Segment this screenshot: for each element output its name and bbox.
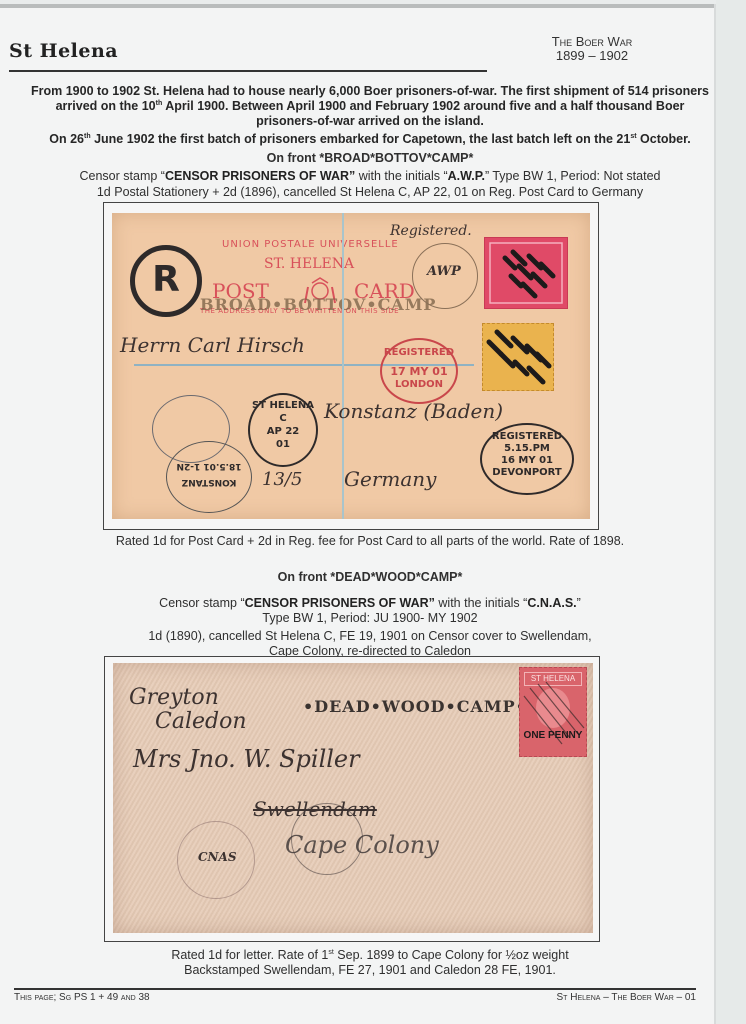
redirect-greyton: Greyton: [129, 685, 219, 710]
stamp-one-penny-red: ST HELENA ONE PENNY: [519, 667, 587, 757]
broad-bottom-camp-cachet: BROAD•BOTTOV•CAMP: [200, 295, 436, 314]
card-upu-text: UNION POSTALE UNIVERSELLE: [222, 239, 399, 250]
page-top-edge: [0, 4, 714, 8]
stamp-2d-orange: [482, 323, 554, 391]
registered-r-handstamp: R: [130, 245, 202, 317]
item2-censor-line: Censor stamp “CENSOR PRISONERS OF WAR” w…: [40, 596, 700, 611]
dead-wood-camp-cachet: •DEAD•WOOD•CAMP•: [303, 697, 527, 716]
header-subtitle: The Boer War 1899 – 1902: [530, 35, 654, 63]
item2-frame: Greyton Caledon •DEAD•WOOD•CAMP• Mrs Jno…: [104, 656, 600, 942]
intro-paragraph-1: From 1900 to 1902 St. Helena had to hous…: [30, 84, 710, 129]
ref-handwritten: 13/5: [262, 469, 302, 490]
redirect-caledon: Caledon: [155, 709, 247, 734]
country-handwritten: Germany: [344, 467, 436, 491]
card-country-text: ST. HELENA: [264, 256, 354, 272]
censor-prisoners-of-war-handstamp: AWP: [412, 243, 478, 309]
item2-rate-line-1: Rated 1d for letter. Rate of 1st Sep. 18…: [40, 948, 700, 963]
censor-cover: Greyton Caledon •DEAD•WOOD•CAMP• Mrs Jno…: [113, 663, 593, 933]
album-sleeve-edge: [716, 0, 746, 1024]
city-handwritten: Konstanz (Baden): [324, 399, 503, 423]
intro-text: From 1900 to 1902 St. Helena had to hous…: [30, 84, 710, 150]
item1-description: 1d Postal Stationery + 2d (1896), cancel…: [40, 185, 700, 200]
subtitle-years: 1899 – 1902: [530, 49, 654, 63]
intro-paragraph-2: On 26th June 1902 the first batch of pri…: [30, 132, 710, 147]
konstanz-postmark: 18.5.01 1-2N KONSTANZ: [166, 441, 252, 513]
item2-description-1: 1d (1890), cancelled St Helena C, FE 19,…: [40, 629, 700, 644]
item1-censor-line: Censor stamp “CENSOR PRISONERS OF WAR” w…: [40, 169, 700, 184]
page-title: St Helena: [9, 40, 118, 62]
devonport-registered-postmark: REGISTERED 5.15.PM 16 MY 01 DEVONPORT: [480, 423, 574, 495]
addressee-handwritten: Herrn Carl Hirsch: [120, 333, 305, 357]
item1-heading: On front *BROAD*BOTTOV*CAMP*: [40, 151, 700, 166]
title-rule: [9, 70, 487, 72]
item1-rate-note: Rated 1d for Post Card + 2d in Reg. fee …: [40, 534, 700, 549]
st-helena-c-postmark: ST HELENA C AP 22 01: [248, 393, 318, 467]
album-page: St Helena The Boer War 1899 – 1902 From …: [0, 4, 716, 1024]
registered-handwritten: Registered.: [390, 223, 472, 239]
cover-addressee-handwritten: Mrs Jno. W. Spiller: [133, 745, 360, 773]
censor-cnas-handstamp: CNAS: [177, 821, 255, 899]
post-card: UNION POSTALE UNIVERSELLE ST. HELENA POS…: [112, 213, 590, 519]
item2-heading: On front *DEAD*WOOD*CAMP*: [40, 570, 700, 585]
footer-page-id: St Helena – The Boer War – 01: [520, 992, 696, 1003]
postal-stationery-1d-indicium: [484, 237, 568, 309]
item2-type-period: Type BW 1, Period: JU 1900- MY 1902: [40, 611, 700, 626]
item2-rate-line-2: Backstamped Swellendam, FE 27, 1901 and …: [40, 963, 700, 978]
subtitle-topic: The Boer War: [530, 35, 654, 49]
item1-frame: UNION POSTALE UNIVERSELLE ST. HELENA POS…: [103, 202, 599, 530]
st-helena-c-cover-postmark: [291, 803, 363, 875]
london-registered-postmark: REGISTERED 17 MY 01 LONDON: [380, 338, 458, 404]
footer-catalogue-ref: This page; Sg PS 1 + 49 and 38: [14, 992, 150, 1003]
footer-rule: [14, 988, 696, 990]
